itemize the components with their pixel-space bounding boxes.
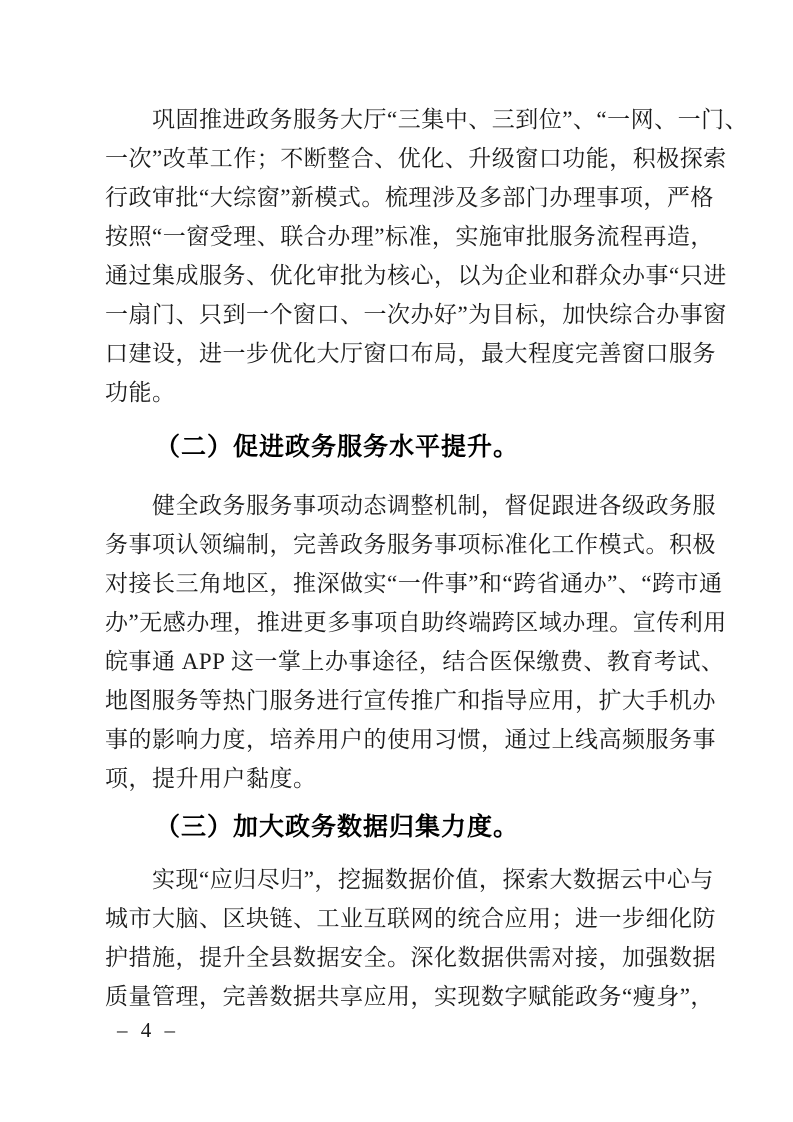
document-body: 巩固推进政务服务大厅“三集中、三到位”、“一网、一门、 一次”改革工作；不断整合…	[105, 100, 713, 1016]
text-line: 功能。	[105, 373, 713, 412]
page-number: – 4 –	[117, 1018, 179, 1042]
text-line: 项，提升用户黏度。	[105, 759, 713, 798]
text-line: 一次”改革工作；不断整合、优化、升级窗口功能，积极探索	[105, 139, 713, 178]
text-line: 地图服务等热门服务进行宣传推广和指导应用，扩大手机办	[105, 681, 713, 720]
text-line: 通过集成服务、优化审批为核心，以为企业和群众办事“只进	[105, 256, 713, 295]
text-line: 质量管理，完善数据共享应用，实现数字赋能政务“瘦身”，	[105, 977, 713, 1016]
document-page: 巩固推进政务服务大厅“三集中、三到位”、“一网、一门、 一次”改革工作；不断整合…	[0, 0, 793, 1122]
text-line: 对接长三角地区，推深做实“一件事”和“跨省通办”、“跨市通	[105, 564, 713, 603]
paragraph-1: 巩固推进政务服务大厅“三集中、三到位”、“一网、一门、 一次”改革工作；不断整合…	[105, 100, 713, 412]
section-heading-3: （三）加大政务数据归集力度。	[105, 806, 713, 850]
text-line: 办”无感办理，推进更多事项自助终端跨区域办理。宣传利用	[105, 603, 713, 642]
text-line: 巩固推进政务服务大厅“三集中、三到位”、“一网、一门、	[105, 100, 713, 139]
text-line: 护措施，提升全县数据安全。深化数据供需对接，加强数据	[105, 938, 713, 977]
text-line: 皖事通 APP 这一掌上办事途径，结合医保缴费、教育考试、	[105, 642, 713, 681]
paragraph-3: 实现“应归尽归”，挖掘数据价值，探索大数据云中心与 城市大脑、区块链、工业互联网…	[105, 860, 713, 1016]
text-line: 按照“一窗受理、联合办理”标准，实施审批服务流程再造，	[105, 217, 713, 256]
paragraph-2: 健全政务服务事项动态调整机制，督促跟进各级政务服 务事项认领编制，完善政务服务事…	[105, 486, 713, 798]
text-line: 健全政务服务事项动态调整机制，督促跟进各级政务服	[105, 486, 713, 525]
text-line: 城市大脑、区块链、工业互联网的统合应用；进一步细化防	[105, 899, 713, 938]
text-line: 务事项认领编制，完善政务服务事项标准化工作模式。积极	[105, 525, 713, 564]
text-line: 事的影响力度，培养用户的使用习惯，通过上线高频服务事	[105, 720, 713, 759]
section-heading-2: （二）促进政务服务水平提升。	[105, 426, 713, 470]
text-line: 实现“应归尽归”，挖掘数据价值，探索大数据云中心与	[105, 860, 713, 899]
text-line: 口建设，进一步优化大厅窗口布局，最大程度完善窗口服务	[105, 334, 713, 373]
text-line: 行政审批“大综窗”新模式。梳理涉及多部门办理事项，严格	[105, 178, 713, 217]
text-line: 一扇门、只到一个窗口、一次办好”为目标，加快综合办事窗	[105, 295, 713, 334]
